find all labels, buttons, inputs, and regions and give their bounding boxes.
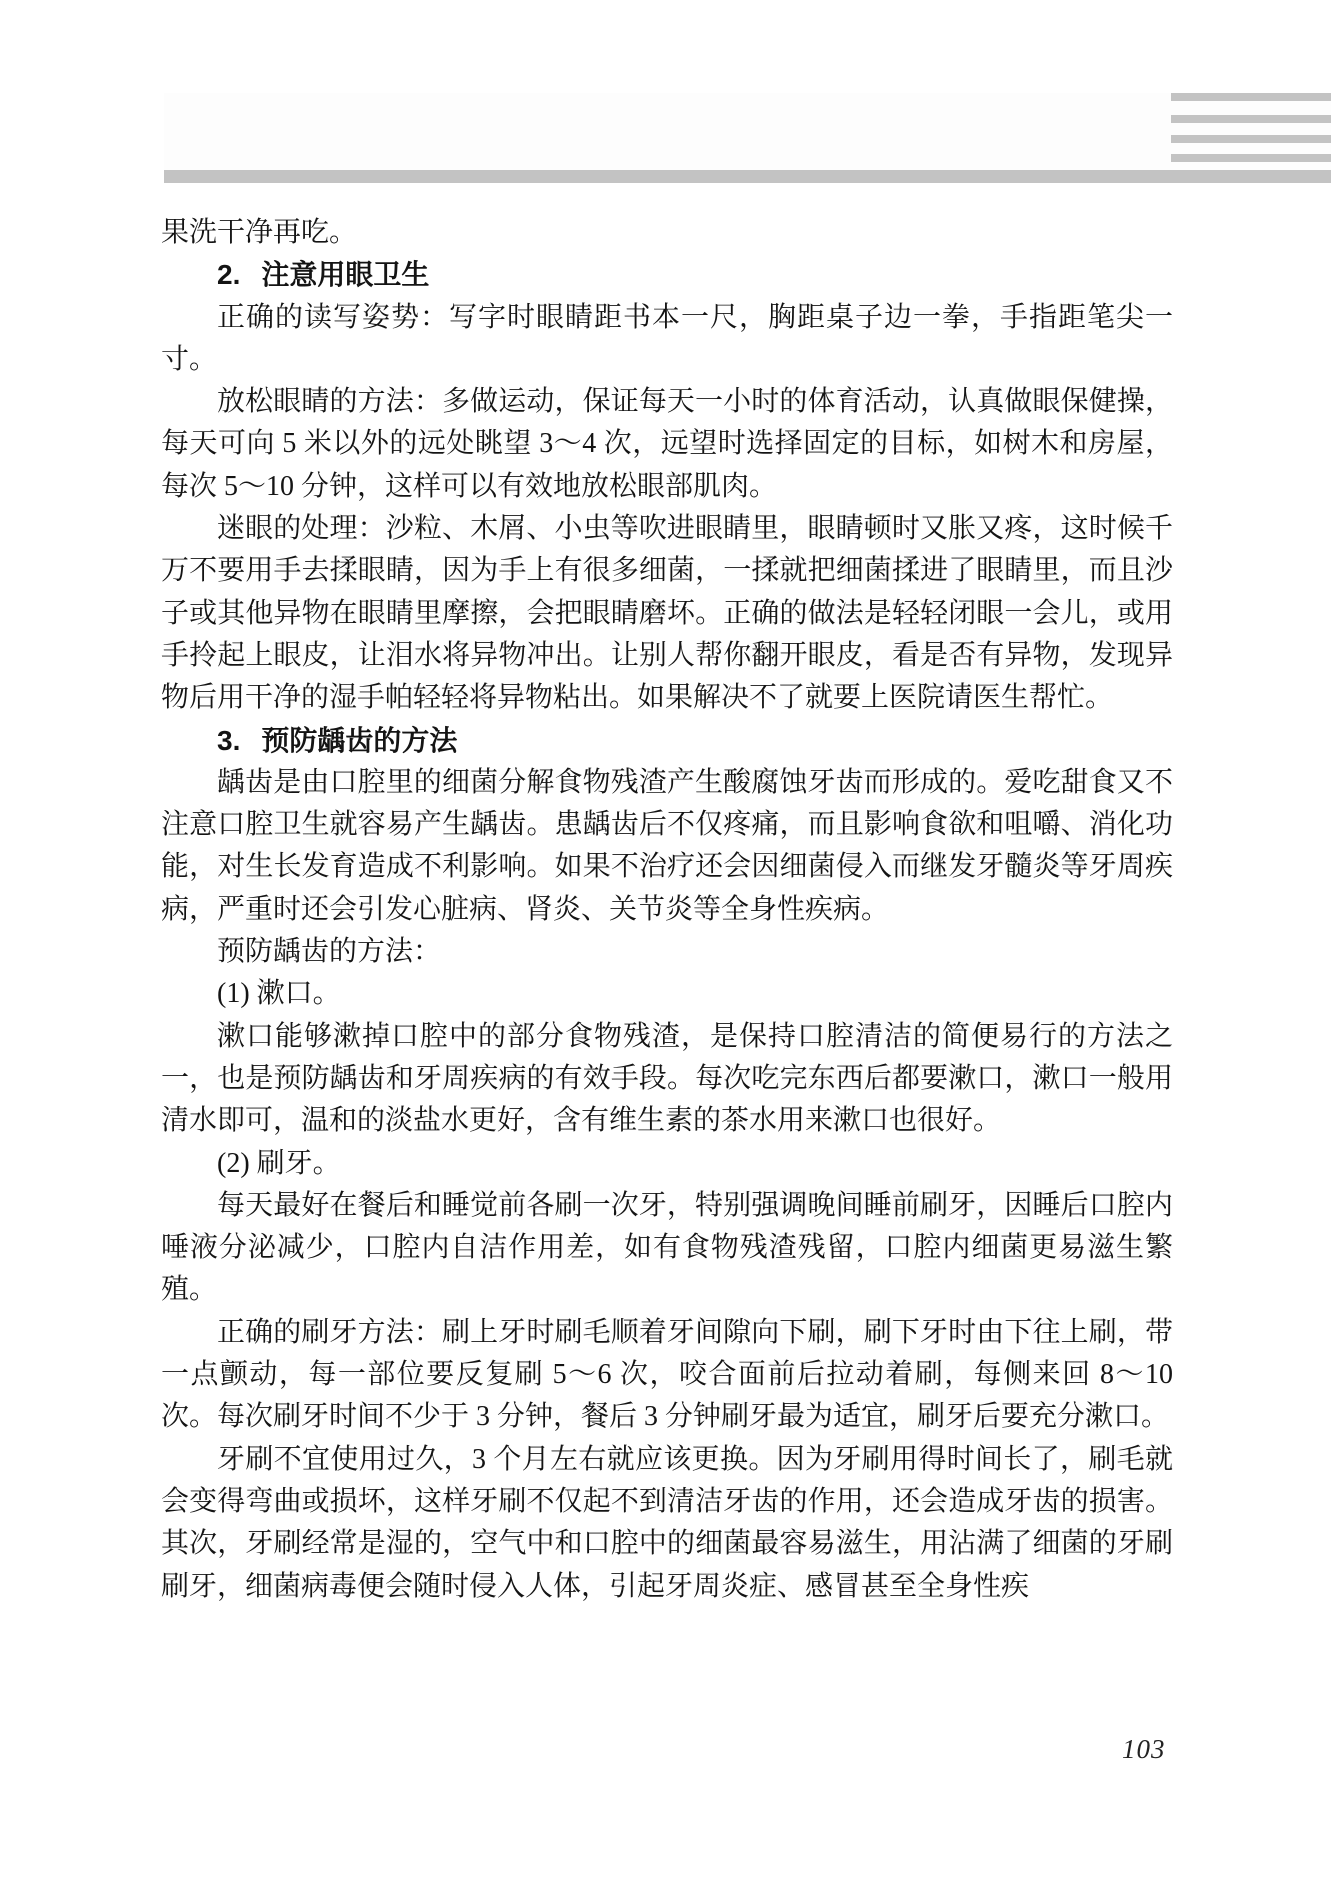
- paragraph: 每天最好在餐后和睡觉前各刷一次牙，特别强调晚间睡前刷牙，因睡后口腔内唾液分泌减少…: [161, 1185, 1173, 1312]
- paragraph: 预防龋齿的方法：: [161, 931, 1173, 973]
- document-page: 果洗干净再吃。 2.注意用眼卫生 正确的读写姿势：写字时眼睛距书本一尺，胸距桌子…: [0, 0, 1331, 1884]
- page-body: 果洗干净再吃。 2.注意用眼卫生 正确的读写姿势：写字时眼睛距书本一尺，胸距桌子…: [161, 212, 1173, 1608]
- header-stripe: [1171, 93, 1331, 101]
- section-title: 预防龋齿的方法: [261, 725, 457, 756]
- paragraph: 正确的刷牙方法：刷上牙时刷毛顺着牙间隙向下刷，刷下牙时由下往上刷，带一点颤动，每…: [161, 1312, 1173, 1439]
- header-band: [164, 93, 1331, 170]
- paragraph: 正确的读写姿势：写字时眼睛距书本一尺，胸距桌子边一拳，手指距笔尖一寸。: [161, 297, 1173, 382]
- paragraph: 放松眼睛的方法：多做运动，保证每天一小时的体育活动，认真做眼保健操，每天可向 5…: [161, 381, 1173, 508]
- paragraph: 牙刷不宜使用过久，3 个月左右就应该更换。因为牙刷用得时间长了，刷毛就会变得弯曲…: [161, 1439, 1173, 1608]
- section-title: 注意用眼卫生: [261, 259, 429, 290]
- header-rule-bar: [164, 170, 1331, 183]
- section-heading-eye-hygiene: 2.注意用眼卫生: [161, 254, 1173, 296]
- paragraph: 迷眼的处理：沙粒、木屑、小虫等吹进眼睛里，眼睛顿时又胀又疼，这时候千万不要用手去…: [161, 508, 1173, 719]
- paragraph: 漱口能够漱掉口腔中的部分食物残渣，是保持口腔清洁的简便易行的方法之一，也是预防龋…: [161, 1016, 1173, 1143]
- section-number: 3.: [217, 725, 240, 756]
- header-stripe: [1171, 115, 1331, 123]
- header-stripe: [1171, 135, 1331, 143]
- paragraph: 龋齿是由口腔里的细菌分解食物残渣产生酸腐蚀牙齿而形成的。爱吃甜食又不注意口腔卫生…: [161, 762, 1173, 931]
- section-heading-caries-prevention: 3.预防龋齿的方法: [161, 720, 1173, 762]
- page-number: 103: [1122, 1734, 1166, 1765]
- list-item-rinse: (1) 漱口。: [161, 973, 1173, 1015]
- paragraph-continuation: 果洗干净再吃。: [161, 212, 1173, 254]
- list-item-brush: (2) 刷牙。: [161, 1143, 1173, 1185]
- header-stripe: [1171, 154, 1331, 162]
- section-number: 2.: [217, 259, 240, 290]
